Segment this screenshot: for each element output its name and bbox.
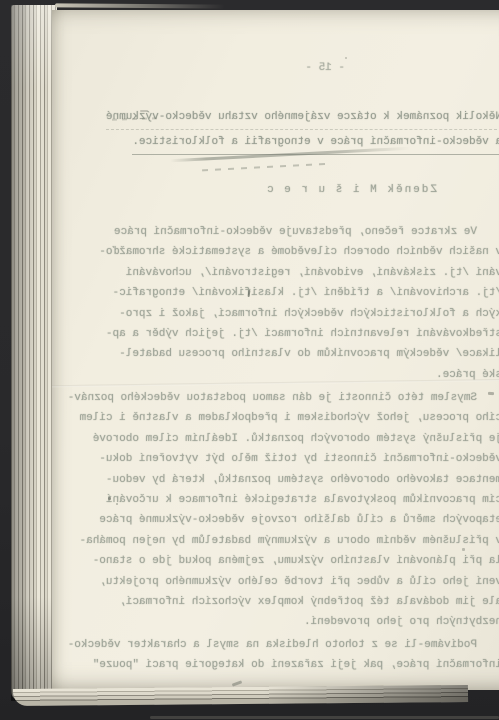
text-line: informační práce, pak její zařazení do k… [82, 655, 499, 675]
text-line: je příslušný systém oborových poznatků. … [82, 429, 499, 449]
title-line-1: Několik poznámek k otázce vzájemného vzt… [82, 105, 499, 130]
text-line: Smyslem této činnosti je dán samou podst… [82, 388, 499, 408]
text-line: vání /tj. získávání, evidování, registro… [82, 263, 499, 283]
document-page: - 15 - Několik poznámek k otázce vzájemn… [52, 10, 499, 690]
page-stack-edge-bottom [13, 685, 468, 706]
author-name: Zdeněk M i š u r e c [82, 180, 499, 200]
show-through-text-layer: - 15 - Několik poznámek k otázce vzájemn… [82, 10, 499, 690]
text-line: Podíváme-li se z tohoto hlediska na smys… [82, 635, 499, 655]
text-line: kých a folkloristických vědeckých inform… [82, 304, 499, 324]
text-line: středkovávání relevantních informací /tj… [82, 324, 499, 344]
text-line: v našich vědních oborech cílevědomé a sy… [82, 242, 499, 262]
text-line: nezbytných pro jeho provedení. [82, 612, 499, 632]
title-line-1-text: Několik poznámek k otázce vzájemného vzt… [106, 105, 499, 130]
surface-glint [150, 716, 499, 719]
page-number: - 15 - [82, 58, 499, 78]
text-line: la při plánování vlastního výzkumu, zejm… [82, 551, 499, 571]
text-line: mentace takového oborového systému pozna… [82, 470, 499, 490]
text-line: cím pracovníkům poskytovala strategické … [82, 490, 499, 510]
text-line: likace/ vědeckým pracovníkům do vlastníh… [82, 344, 499, 364]
title-block: Několik poznámek k otázce vzájemného vzt… [82, 105, 499, 155]
paragraph-1: Ve zkratce řečeno, představuje vědecko-i… [82, 222, 499, 385]
page-number-block: - 15 - [82, 58, 499, 78]
text-line: /tj. archivování/ a třídění /tj. klasifi… [82, 283, 499, 303]
title-line-2: a vědecko-informační práce v etnografii … [82, 130, 499, 155]
text-line: v příslušném vědním oboru a výzkumným ba… [82, 531, 499, 551]
paragraph-3: Podíváme-li se z tohoto hlediska na smys… [82, 635, 499, 676]
text-line: ské práce. [82, 365, 499, 385]
author-block: Zdeněk M i š u r e c [82, 180, 499, 200]
text-line: Ve zkratce řečeno, představuje vědecko-i… [82, 222, 499, 242]
text-line: vědecko-informační činnosti by totiž měl… [82, 449, 499, 469]
text-line: vení jeho cílů a vůbec při tvorbě celého… [82, 572, 499, 592]
paragraph-2: Smyslem této činnosti je dán samou podst… [82, 388, 499, 633]
text-line: etapových směrů a cílů dalšího rozvoje v… [82, 510, 499, 530]
text-line: ale jim dodávala též potřebný komplex vý… [82, 592, 499, 612]
page-stack-edge-left [11, 5, 57, 701]
text-line: cího procesu, jehož východiskem i předpo… [82, 408, 499, 428]
photographed-document-scene: - 15 - Několik poznámek k otázce vzájemn… [0, 0, 499, 720]
title-line-2-text: a vědecko-informační práce v etnografii … [132, 130, 499, 155]
page-stack-edge-top [55, 3, 225, 8]
